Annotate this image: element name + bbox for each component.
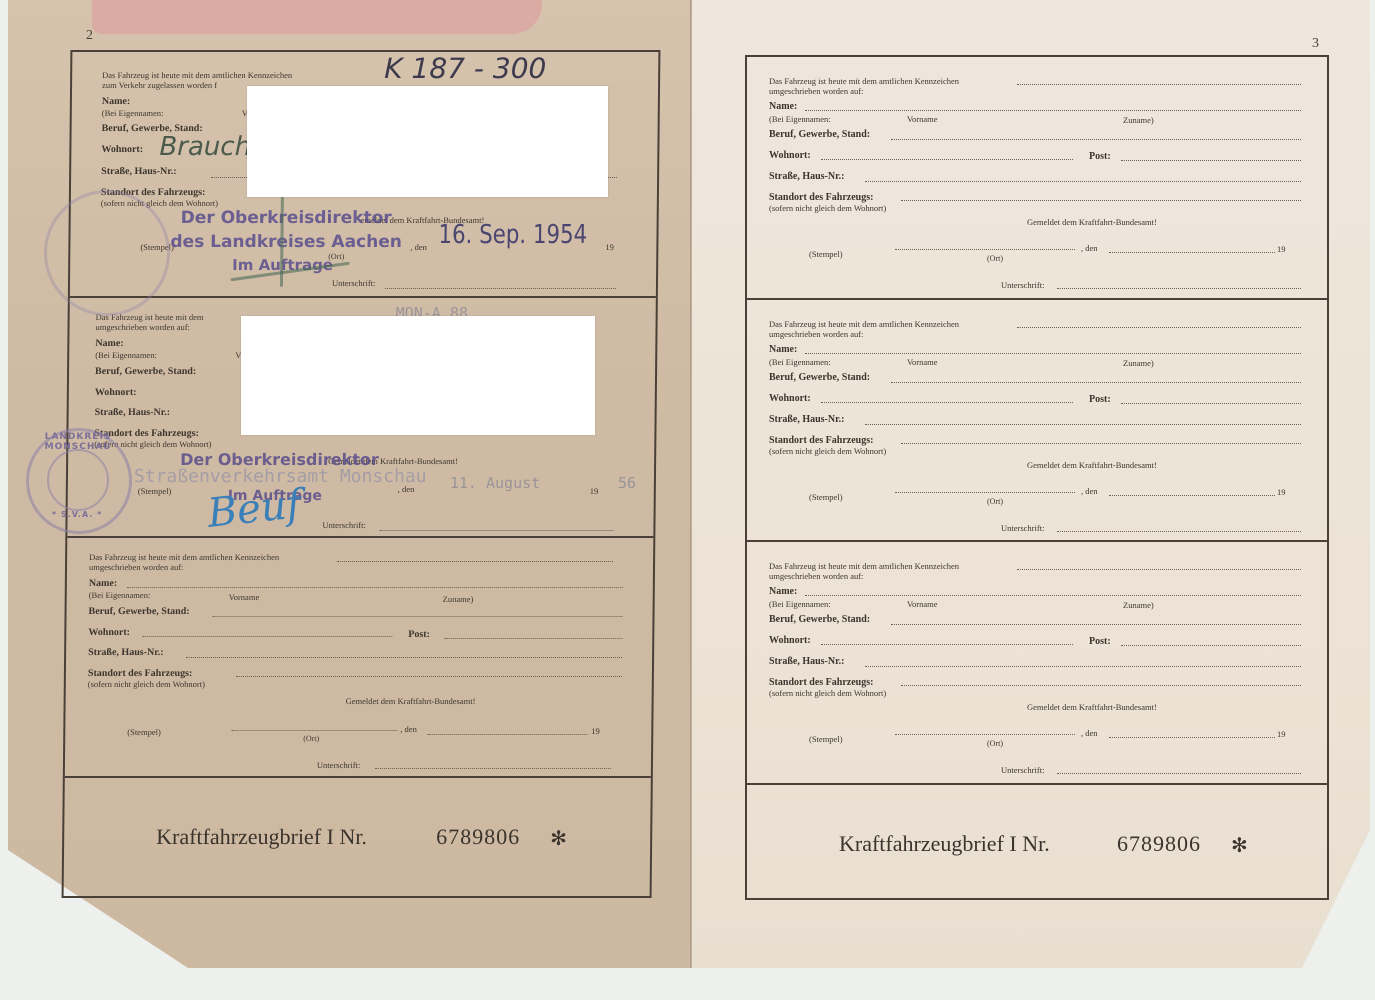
wohnort-label: Wohnort: [95,388,137,398]
ort-label: (Ort) [303,734,319,744]
standort-line [901,443,1301,444]
beruf-label: Beruf, Gewerbe, Stand: [95,367,196,377]
post-line [1121,160,1301,161]
name-hint: (Bei Eigennamen: [769,357,831,367]
post-label: Post: [1089,637,1111,647]
ort-line [231,730,397,731]
unterschrift-line [375,768,611,769]
wohnort-label: Wohnort: [769,636,811,646]
right-footer: Kraftfahrzeugbrief I Nr. 6789806 ✻ [747,785,1327,898]
year-prefix: 19 [1277,487,1286,497]
den-label: , den [410,242,427,252]
unterschrift-label: Unterschrift: [1001,765,1044,775]
kennzeichen-line [337,561,613,562]
wohnort-line [821,159,1073,160]
name-label: Name: [89,579,117,589]
post-label: Post: [1089,395,1111,405]
wohnort-label: Wohnort: [88,628,130,638]
intro-line-2: umgeschrieben worden auf: [769,86,863,96]
name-line [127,587,623,588]
unterschrift-label: Unterschrift: [332,278,376,288]
handwritten-plate: K 187 - 300 [384,52,546,85]
strasse-label: Straße, Haus-Nr.: [769,172,844,182]
standort-label: Standort des Fahrzeugs: [769,436,873,446]
post-label: Post: [1089,152,1111,162]
unterschrift-line [385,288,616,289]
seal-aachen [44,190,170,316]
beruf-line [213,616,623,617]
den-label: , den [1081,728,1098,738]
date-stamp: 11. August [450,474,541,492]
intro-line-1: Das Fahrzeug ist heute mit dem amtlichen… [102,70,292,80]
ort-label: (Ort) [987,739,1003,749]
stempel-label: (Stempel) [809,492,843,502]
ort-label: (Ort) [987,497,1003,507]
intro-line-2: umgeschrieben worden auf: [769,571,863,581]
unterschrift-line [1057,531,1301,532]
footer-title: Kraftfahrzeugbrief I Nr. [156,824,367,850]
handwritten-signature: Beuf [206,481,304,537]
beruf-line [891,382,1301,383]
date-line [1109,737,1275,738]
asterisk-mark-icon: ✻ [1231,833,1248,857]
ort-line [895,734,1075,735]
redaction-box-2 [241,316,595,435]
standort-hint: (sofern nicht gleich dem Wohnort) [769,203,886,213]
strasse-label: Straße, Haus-Nr.: [88,648,164,658]
date-line [1109,252,1275,253]
post-line [1121,403,1301,404]
stempel-label: (Stempel) [138,486,172,496]
gemeldet-text: Gemeldet dem Kraftfahrt-Bundesamt! [346,696,476,706]
den-label: , den [1081,486,1098,496]
footer-number: 6789806 [1117,831,1201,857]
year-prefix: 19 [605,242,614,252]
vorname-label: Vorname [229,592,260,602]
standort-hint: (sofern nicht gleich dem Wohnort) [88,679,205,689]
strasse-label: Straße, Haus-Nr.: [769,657,844,667]
name-line [805,353,1301,354]
wohnort-line [821,644,1073,645]
name-hint: (Bei Eigennamen: [769,599,831,609]
year-prefix: 19 [590,486,599,496]
vorname-label: Vorname [907,357,938,367]
wohnort-label: Wohnort: [101,145,143,155]
name-line [805,110,1301,111]
footer-title: Kraftfahrzeugbrief I Nr. [839,831,1050,857]
den-label: , den [400,724,417,734]
stempel-label: (Stempel) [809,249,843,259]
zuname-label: Zuname) [443,594,474,604]
zuname-label: Zuname) [1123,115,1154,125]
post-line [444,638,622,639]
name-hint: (Bei Eigennamen: [95,350,157,360]
handwritten-wohnort: Brauch [159,132,251,162]
name-hint: (Bei Eigennamen: [769,114,831,124]
standort-line [901,200,1301,201]
gemeldet-text: Gemeldet dem Kraftfahrt-Bundesamt! [1027,217,1157,227]
intro-line-1: Das Fahrzeug ist heute mit dem amtlichen… [769,561,959,571]
year-prefix: 19 [1277,244,1286,254]
name-hint: (Bei Eigennamen: [102,108,164,118]
beruf-label: Beruf, Gewerbe, Stand: [769,130,870,140]
intro-line-2: umgeschrieben worden auf: [89,562,184,572]
wohnort-label: Wohnort: [769,394,811,404]
strasse-line [186,657,622,658]
name-label: Name: [769,587,797,597]
name-line [805,595,1301,596]
strasse-line [865,666,1301,667]
strasse-label: Straße, Haus-Nr.: [769,415,844,425]
intro-line-2: umgeschrieben worden auf: [769,329,863,339]
right-section-3: Das Fahrzeug ist heute mit dem amtlichen… [747,542,1327,785]
post-line [1121,645,1301,646]
redaction-box-1 [247,86,608,197]
unterschrift-line [1057,288,1301,289]
standort-hint: (sofern nicht gleich dem Wohnort) [769,688,886,698]
date-line [427,734,587,735]
pink-stain [92,0,542,34]
name-label: Name: [769,345,797,355]
name-label: Name: [95,339,123,349]
kennzeichen-line [1017,84,1301,85]
stamp-line-1: Der Oberkreisdirektor [181,208,392,228]
standort-label: Standort des Fahrzeugs: [769,678,873,688]
intro-line-1: Das Fahrzeug ist heute mit dem amtlichen… [89,552,279,562]
kennzeichen-line [1017,569,1301,570]
unterschrift-label: Unterschrift: [317,760,361,770]
right-section-1: Das Fahrzeug ist heute mit dem amtlichen… [747,57,1327,300]
intro-line-1: Das Fahrzeug ist heute mit dem amtlichen… [769,76,959,86]
beruf-line [891,624,1301,625]
year-prefix: 19 [1277,729,1286,739]
right-section-2: Das Fahrzeug ist heute mit dem amtlichen… [747,300,1327,542]
wohnort-line [142,636,392,637]
seal-bottom-text: * S.V.A. * [52,510,102,519]
left-footer: Kraftfahrzeugbrief I Nr. 6789806 ✻ [64,778,651,896]
zuname-label: Zuname) [1123,358,1154,368]
beruf-label: Beruf, Gewerbe, Stand: [769,615,870,625]
vorname-label: Vorname [907,114,938,124]
ort-label: (Ort) [987,254,1003,264]
standort-label: Standort des Fahrzeugs: [88,669,193,679]
unterschrift-label: Unterschrift: [1001,523,1044,533]
page-number-right: 3 [1312,36,1319,52]
ort-line [895,249,1075,250]
intro-line-2: umgeschrieben worden auf: [95,322,190,332]
strasse-line [865,424,1301,425]
strasse-line [865,181,1301,182]
stempel-label: (Stempel) [809,734,843,744]
name-label: Name: [769,102,797,112]
unterschrift-line [1057,773,1301,774]
intro-line-1: Das Fahrzeug ist heute mit dem amtlichen… [769,319,959,329]
seal-text: LANDKREIS MONSCHAU [30,432,126,452]
footer-number: 6789806 [436,824,520,850]
wohnort-line [821,402,1073,403]
name-label: Name: [102,97,130,107]
right-form-frame: Das Fahrzeug ist heute mit dem amtlichen… [745,55,1329,900]
standort-label: Standort des Fahrzeugs: [769,193,873,203]
date-line [1109,495,1275,496]
standort-line [236,676,622,677]
unterschrift-label: Unterschrift: [1001,280,1044,290]
unterschrift-label: Unterschrift: [322,520,366,530]
ort-line [895,492,1075,493]
post-label: Post: [408,630,430,640]
year-stamp: 56 [618,474,636,492]
beruf-label: Beruf, Gewerbe, Stand: [769,373,870,383]
beruf-line [891,139,1301,140]
stamp-line-2: des Landkreises Aachen [170,232,402,252]
strasse-label: Straße, Haus-Nr.: [95,408,171,418]
standort-line [901,685,1301,686]
standort-hint: (sofern nicht gleich dem Wohnort) [769,446,886,456]
name-hint: (Bei Eigennamen: [89,590,151,600]
strasse-label: Straße, Haus-Nr.: [101,167,177,177]
asterisk-mark-icon: ✻ [550,826,567,850]
gemeldet-text: Gemeldet dem Kraftfahrt-Bundesamt! [1027,702,1157,712]
intro-line-2: zum Verkehr zugelassen worden f [102,80,217,90]
unterschrift-line [379,530,613,531]
kennzeichen-line [1017,327,1301,328]
year-prefix: 19 [591,726,600,736]
date-stamp: 16. Sep. 1954 [438,220,587,250]
stempel-label: (Stempel) [127,727,161,737]
beruf-label: Beruf, Gewerbe, Stand: [89,607,190,617]
gemeldet-text: Gemeldet dem Kraftfahrt-Bundesamt! [1027,460,1157,470]
page-number-left: 2 [86,28,93,44]
left-section-3: Das Fahrzeug ist heute mit dem amtlichen… [65,538,654,778]
den-label: , den [1081,243,1098,253]
vorname-label: Vorname [907,599,938,609]
wohnort-label: Wohnort: [769,151,811,161]
zuname-label: Zuname) [1123,600,1154,610]
